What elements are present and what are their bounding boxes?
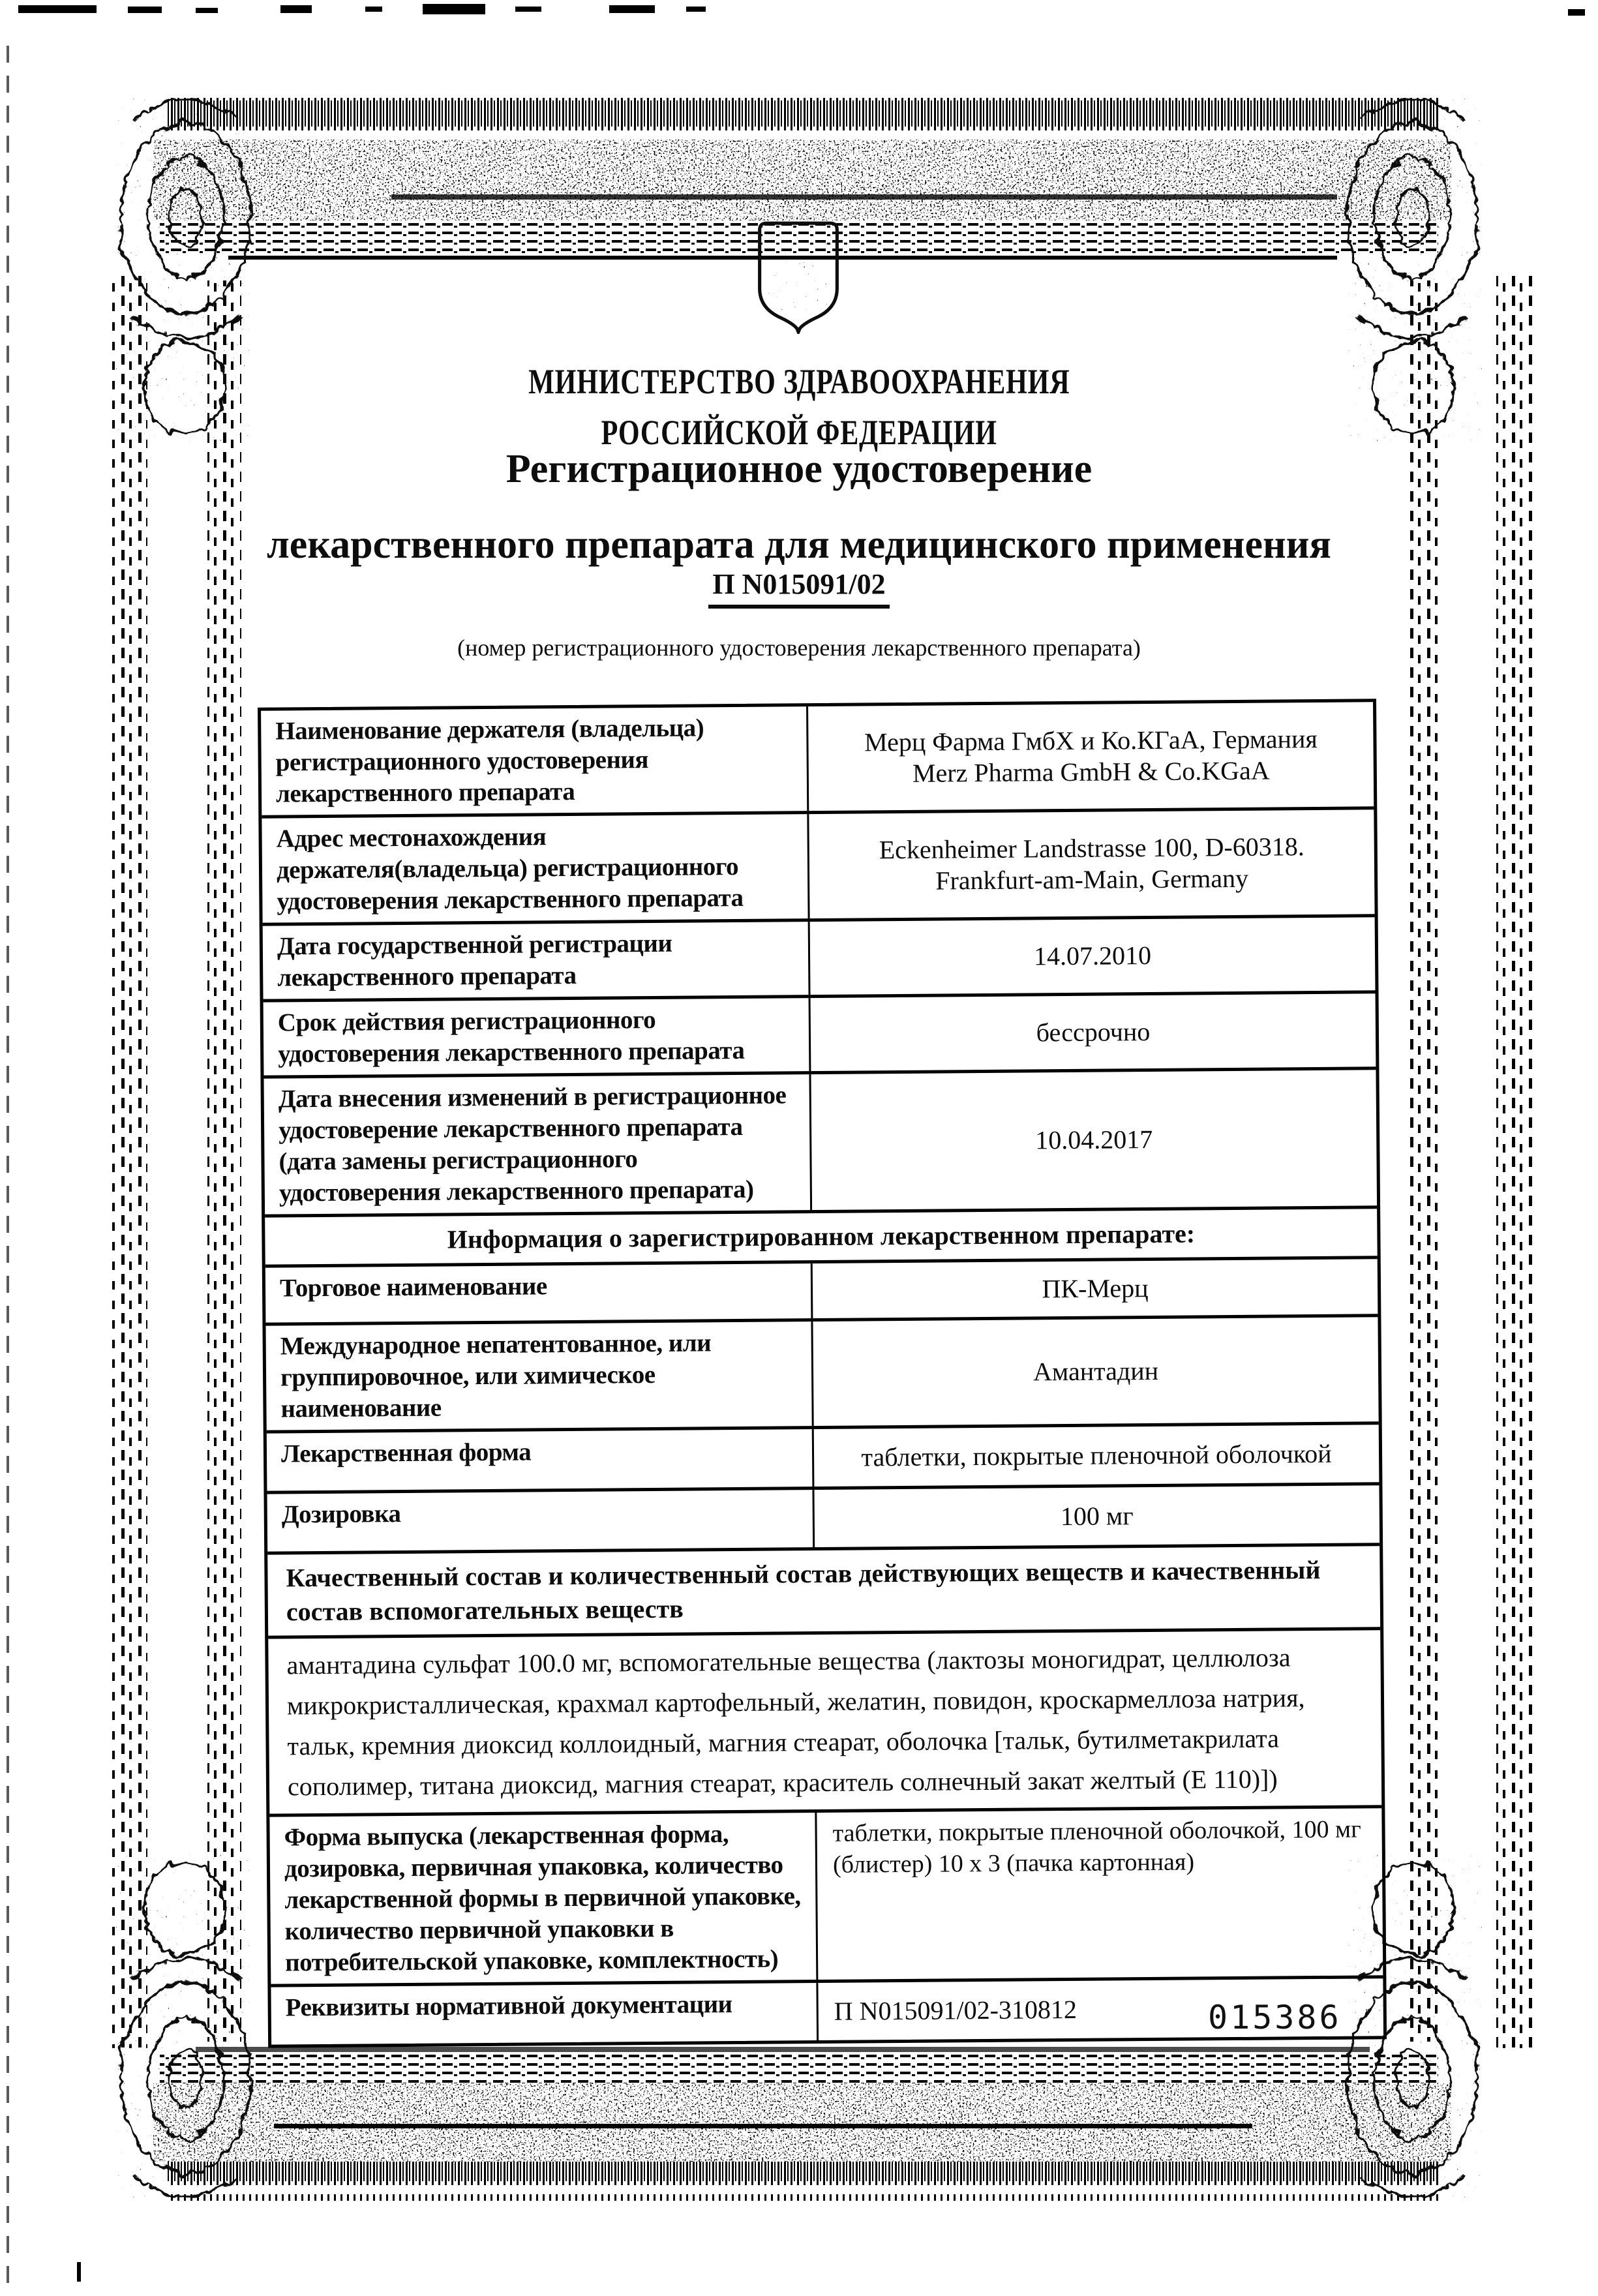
row-label: Адрес местонахождения держателя(владельц…	[262, 814, 809, 923]
document-title-line2: лекарственного препарата для медицинског…	[0, 522, 1598, 568]
certificate-page: МИНИСТЕРСТВО ЗДРАВООХРАНЕНИЯ РОССИЙСКОЙ …	[0, 0, 1598, 2296]
ministry-name-line1: МИНИСТЕРСТВО ЗДРАВООХРАНЕНИЯ	[0, 361, 1598, 402]
table-row-amendment-date: Дата внесения изменений в регистрационно…	[264, 1066, 1377, 1214]
row-value: Eckenheimer Landstrasse 100, D-60318. Fr…	[809, 809, 1374, 918]
row-value: 14.07.2010	[810, 917, 1376, 995]
composition-details-text: амантадина сульфат 100.0 мг, вспомогател…	[268, 1630, 1381, 1813]
russia-coat-of-arms-icon	[754, 219, 843, 334]
row-label: Реквизиты нормативной документации	[271, 1983, 819, 2045]
registration-number-row: П N015091/02	[0, 567, 1598, 609]
registration-number-caption: (номер регистрационного удостоверения ле…	[0, 634, 1598, 661]
row-value: таблетки, покрытые пленочной оболочкой	[814, 1425, 1379, 1487]
row-value: таблетки, покрытые пленочной оболочкой, …	[817, 1808, 1383, 1980]
blank-serial-number: 015386	[1208, 1999, 1342, 2036]
document-content: МИНИСТЕРСТВО ЗДРАВООХРАНЕНИЯ РОССИЙСКОЙ …	[0, 0, 1598, 2296]
row-label: Наименование держателя (владельца) регис…	[261, 706, 809, 815]
table-row-holder-name: Наименование держателя (владельца) регис…	[261, 702, 1374, 815]
row-label: Дата внесения изменений в регистрационно…	[264, 1074, 812, 1215]
table-row-inn-name: Международное непатентованное, или групп…	[265, 1314, 1378, 1430]
registration-number: П N015091/02	[708, 567, 889, 609]
table-row-composition-details: амантадина сульфат 100.0 мг, вспомогател…	[268, 1627, 1381, 1813]
row-label: Срок действия регистрационного удостовер…	[264, 998, 811, 1076]
ministry-name-line1-text: МИНИСТЕРСТВО ЗДРАВООХРАНЕНИЯ	[528, 361, 1070, 402]
row-label: Дозировка	[267, 1490, 815, 1552]
row-label: Международное непатентованное, или групп…	[265, 1322, 813, 1430]
table-row-holder-address: Адрес местонахождения держателя(владельц…	[262, 806, 1374, 922]
table-row-composition-header: Качественный состав и количественный сос…	[267, 1543, 1380, 1635]
table-row-dosage-form: Лекарственная форма таблетки, покрытые п…	[267, 1421, 1379, 1490]
row-value: ПК-Мерц	[813, 1259, 1378, 1318]
table-row-dosage-strength: Дозировка 100 мг	[267, 1482, 1379, 1551]
registration-details-table: Наименование держателя (владельца) регис…	[258, 699, 1387, 2047]
table-row-trade-name: Торговое наименование ПК-Мерц	[265, 1256, 1378, 1322]
table-row-info-divider: Информация о зарегистрированном лекарств…	[265, 1205, 1378, 1264]
row-value: 10.04.2017	[811, 1070, 1377, 1210]
composition-header-text: Качественный состав и количественный сос…	[267, 1546, 1380, 1635]
row-label: Дата государственной регистрации лекарст…	[263, 922, 811, 999]
info-divider-text: Информация о зарегистрированном лекарств…	[265, 1209, 1378, 1264]
row-value: 100 мг	[814, 1485, 1379, 1547]
row-label: Торговое наименование	[265, 1263, 813, 1323]
row-value: Амантадин	[813, 1317, 1378, 1426]
row-label: Лекарственная форма	[267, 1429, 815, 1491]
row-label: Форма выпуска (лекарственная форма, дози…	[269, 1813, 818, 1984]
row-value: Мерц Фарма ГмбХ и Ко.КГаА, Германия Merz…	[808, 702, 1374, 811]
document-title-line1: Регистрационное удостоверение	[0, 446, 1598, 492]
table-row-release-form: Форма выпуска (лекарственная форма, дози…	[269, 1805, 1383, 1984]
table-row-registration-date: Дата государственной регистрации лекарст…	[263, 914, 1376, 999]
row-value: бессрочно	[811, 993, 1376, 1071]
table-row-validity-period: Срок действия регистрационного удостовер…	[264, 990, 1376, 1075]
